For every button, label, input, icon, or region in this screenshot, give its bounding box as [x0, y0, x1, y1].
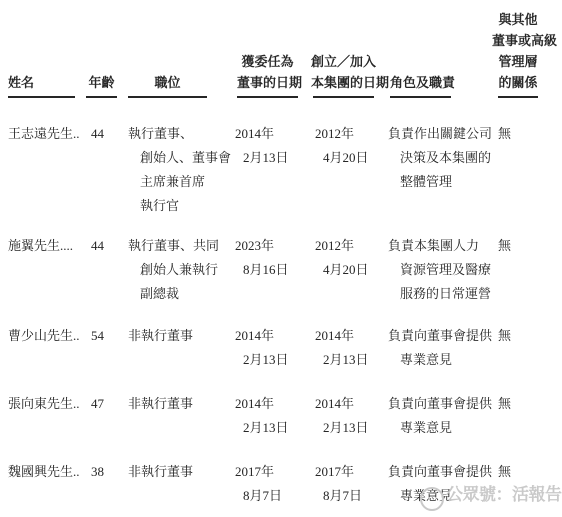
joined-date: 2012年 4月20日	[315, 122, 369, 170]
director-name: 曹少山先生..	[8, 324, 80, 348]
director-name: 王志遠先生..	[8, 122, 80, 146]
date-line: 2012年	[315, 122, 369, 146]
date-line: 2014年	[315, 324, 369, 348]
director-position: 非執行董事	[128, 324, 193, 348]
role-line: 專業意見	[388, 416, 492, 440]
joined-date: 2014年 2月13日	[315, 324, 369, 372]
date-line: 8月16日	[235, 258, 289, 282]
position-line: 副總裁	[128, 282, 219, 306]
header-line: 董事的日期	[237, 72, 298, 93]
role-line: 整體管理	[388, 170, 492, 194]
column-underline	[237, 96, 298, 98]
director-position: 非執行董事	[128, 460, 193, 484]
date-line: 2月13日	[315, 348, 369, 372]
director-age: 54	[82, 324, 113, 348]
role-line: 專業意見	[388, 348, 492, 372]
header-line: 管理層	[492, 51, 544, 72]
watermark-text: 公眾號：活報告	[446, 478, 562, 512]
position-line: 非執行董事	[128, 324, 193, 348]
relationship-value: 無	[498, 122, 511, 146]
position-line: 非執行董事	[128, 392, 193, 416]
role-line: 負責本集團人力	[388, 234, 491, 258]
date-line: 4月20日	[315, 146, 369, 170]
date-line: 2月13日	[235, 416, 289, 440]
header-appointed-date: 獲委任為 董事的日期	[237, 51, 298, 93]
date-line: 2月13日	[235, 146, 289, 170]
header-age: 年齡	[86, 72, 117, 93]
position-line: 執行官	[128, 194, 231, 218]
column-underline	[128, 96, 207, 98]
relationship-value: 無	[498, 324, 511, 348]
watermark-logo-circle-icon	[420, 487, 444, 511]
position-line: 非執行董事	[128, 460, 193, 484]
header-name: 姓名	[8, 72, 34, 93]
appointed-date: 2014年 2月13日	[235, 122, 289, 170]
date-line: 2014年	[315, 392, 369, 416]
column-underline	[8, 96, 75, 98]
header-position: 職位	[128, 72, 207, 93]
director-age: 47	[82, 392, 113, 416]
director-age: 44	[82, 122, 113, 146]
position-line: 創始人、董事會	[128, 146, 231, 170]
date-line: 8月7日	[315, 484, 362, 508]
director-position: 非執行董事	[128, 392, 193, 416]
header-line: 的關係	[492, 72, 544, 93]
column-underline	[390, 96, 451, 98]
column-underline	[498, 96, 538, 98]
header-line: 本集團的日期	[311, 72, 376, 93]
director-role: 負責向董事會提供 專業意見	[388, 392, 492, 440]
date-line: 2014年	[235, 324, 289, 348]
director-name: 施翼先生....	[8, 234, 73, 258]
date-line: 2月13日	[315, 416, 369, 440]
header-line: 創立／加入	[311, 51, 376, 72]
joined-date: 2017年 8月7日	[315, 460, 362, 508]
role-line: 服務的日常運營	[388, 282, 491, 306]
date-line: 2017年	[315, 460, 362, 484]
header-relationship: 與其他 董事或高級 管理層 的關係	[492, 9, 544, 93]
directors-table-page: 姓名 年齡 職位 獲委任為 董事的日期 創立／加入 本集團的日期 角色及職責 與…	[0, 0, 562, 517]
header-line: 董事或高級	[492, 30, 544, 51]
joined-date: 2012年 4月20日	[315, 234, 369, 282]
director-role: 負責向董事會提供 專業意見	[388, 324, 492, 372]
column-underline	[313, 96, 374, 98]
position-line: 執行董事、	[128, 122, 231, 146]
director-age: 38	[82, 460, 113, 484]
relationship-value: 無	[498, 392, 511, 416]
header-joined-date: 創立／加入 本集團的日期	[311, 51, 376, 93]
date-line: 2017年	[235, 460, 282, 484]
director-position: 執行董事、 創始人、董事會 主席兼首席 執行官	[128, 122, 231, 218]
date-line: 2014年	[235, 392, 289, 416]
header-role: 角色及職責	[390, 72, 451, 93]
director-age: 44	[82, 234, 113, 258]
director-role: 負責本集團人力 資源管理及醫療 服務的日常運營	[388, 234, 491, 306]
date-line: 2014年	[235, 122, 289, 146]
position-line: 執行董事、共同	[128, 234, 219, 258]
date-line: 2月13日	[235, 348, 289, 372]
appointed-date: 2017年 8月7日	[235, 460, 282, 508]
appointed-date: 2014年 2月13日	[235, 392, 289, 440]
director-name: 張向東先生..	[8, 392, 80, 416]
position-line: 主席兼首席	[128, 170, 231, 194]
director-name: 魏國興先生..	[8, 460, 80, 484]
column-underline	[86, 96, 117, 98]
role-line: 資源管理及醫療	[388, 258, 491, 282]
director-role: 負責作出關鍵公司 決策及本集團的 整體管理	[388, 122, 492, 194]
joined-date: 2014年 2月13日	[315, 392, 369, 440]
relationship-value: 無	[498, 234, 511, 258]
date-line: 2023年	[235, 234, 289, 258]
appointed-date: 2014年 2月13日	[235, 324, 289, 372]
role-line: 負責作出關鍵公司	[388, 122, 492, 146]
role-line: 決策及本集團的	[388, 146, 492, 170]
director-position: 執行董事、共同 創始人兼執行 副總裁	[128, 234, 219, 306]
role-line: 負責向董事會提供	[388, 324, 492, 348]
role-line: 負責向董事會提供	[388, 392, 492, 416]
header-line: 與其他	[492, 9, 544, 30]
date-line: 2012年	[315, 234, 369, 258]
header-line: 獲委任為	[237, 51, 298, 72]
appointed-date: 2023年 8月16日	[235, 234, 289, 282]
position-line: 創始人兼執行	[128, 258, 219, 282]
date-line: 8月7日	[235, 484, 282, 508]
date-line: 4月20日	[315, 258, 369, 282]
watermark: 公眾號：活報告	[420, 478, 562, 512]
